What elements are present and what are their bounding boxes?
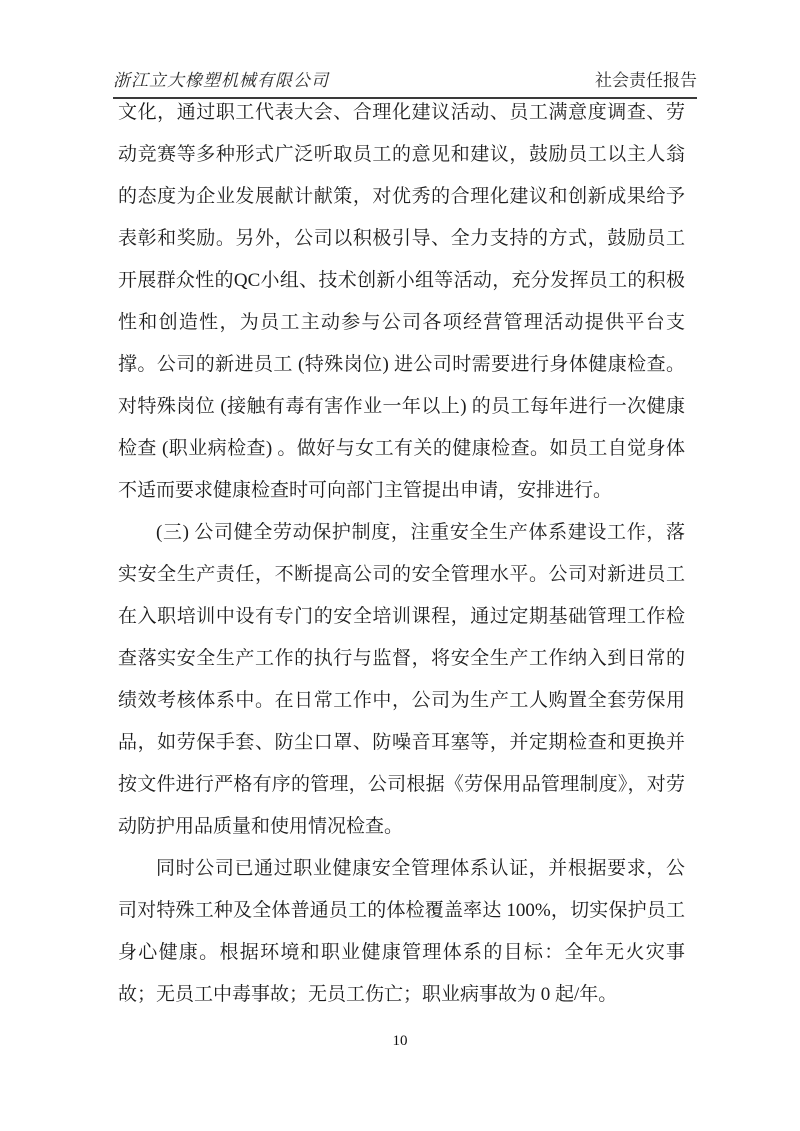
header-report-title: 社会责任报告	[595, 66, 697, 91]
page-footer: 10	[0, 1033, 800, 1050]
paragraph-labor-protection: (三) 公司健全劳动保护制度，注重安全生产体系建设工作，落实安全生产责任，不断提…	[118, 512, 685, 848]
document-page: 浙江立大橡塑机械有限公司 社会责任报告 文化，通过职工代表大会、合理化建议活动、…	[0, 0, 800, 1131]
header-company-name: 浙江立大橡塑机械有限公司	[113, 66, 329, 91]
paragraph-health-certification: 同时公司已通过职业健康安全管理体系认证，并根据要求，公司对特殊工种及全体普通员工…	[118, 848, 685, 1016]
paragraph-employee-culture: 文化，通过职工代表大会、合理化建议活动、员工满意度调查、劳动竞赛等多种形式广泛听…	[118, 92, 685, 512]
page-number: 10	[393, 1033, 408, 1049]
document-body: 文化，通过职工代表大会、合理化建议活动、员工满意度调查、劳动竞赛等多种形式广泛听…	[118, 92, 685, 1016]
